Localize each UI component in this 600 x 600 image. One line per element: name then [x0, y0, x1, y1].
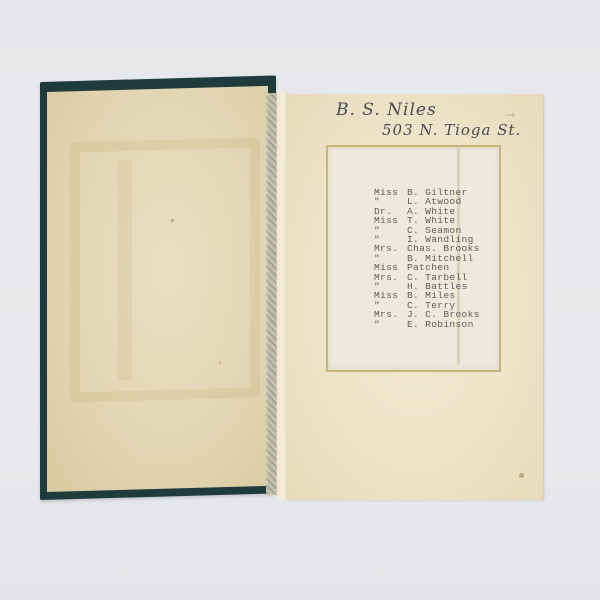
foxing-spot: [519, 473, 524, 478]
pastedown-stain: [70, 137, 260, 402]
entry-name: E. Robinson: [407, 320, 474, 329]
book-photo: B. S. Niles 503 N. Tioga St. → MissB. Gi…: [0, 0, 600, 600]
handwritten-owner-name: B. S. Niles: [336, 100, 437, 120]
list-item: "E. Robinson: [374, 320, 480, 329]
handwritten-address: 503 N. Tioga St.: [382, 121, 521, 139]
entry-title: ": [374, 320, 407, 329]
typed-name-list: MissB. Giltner"L. AtwoodDr.A. WhiteMissT…: [374, 188, 480, 329]
pencil-arrow-mark: →: [505, 108, 516, 122]
pastedown-stain-strip: [118, 160, 132, 380]
foxing-spot: [171, 219, 174, 222]
foxing-spot: [219, 362, 221, 364]
